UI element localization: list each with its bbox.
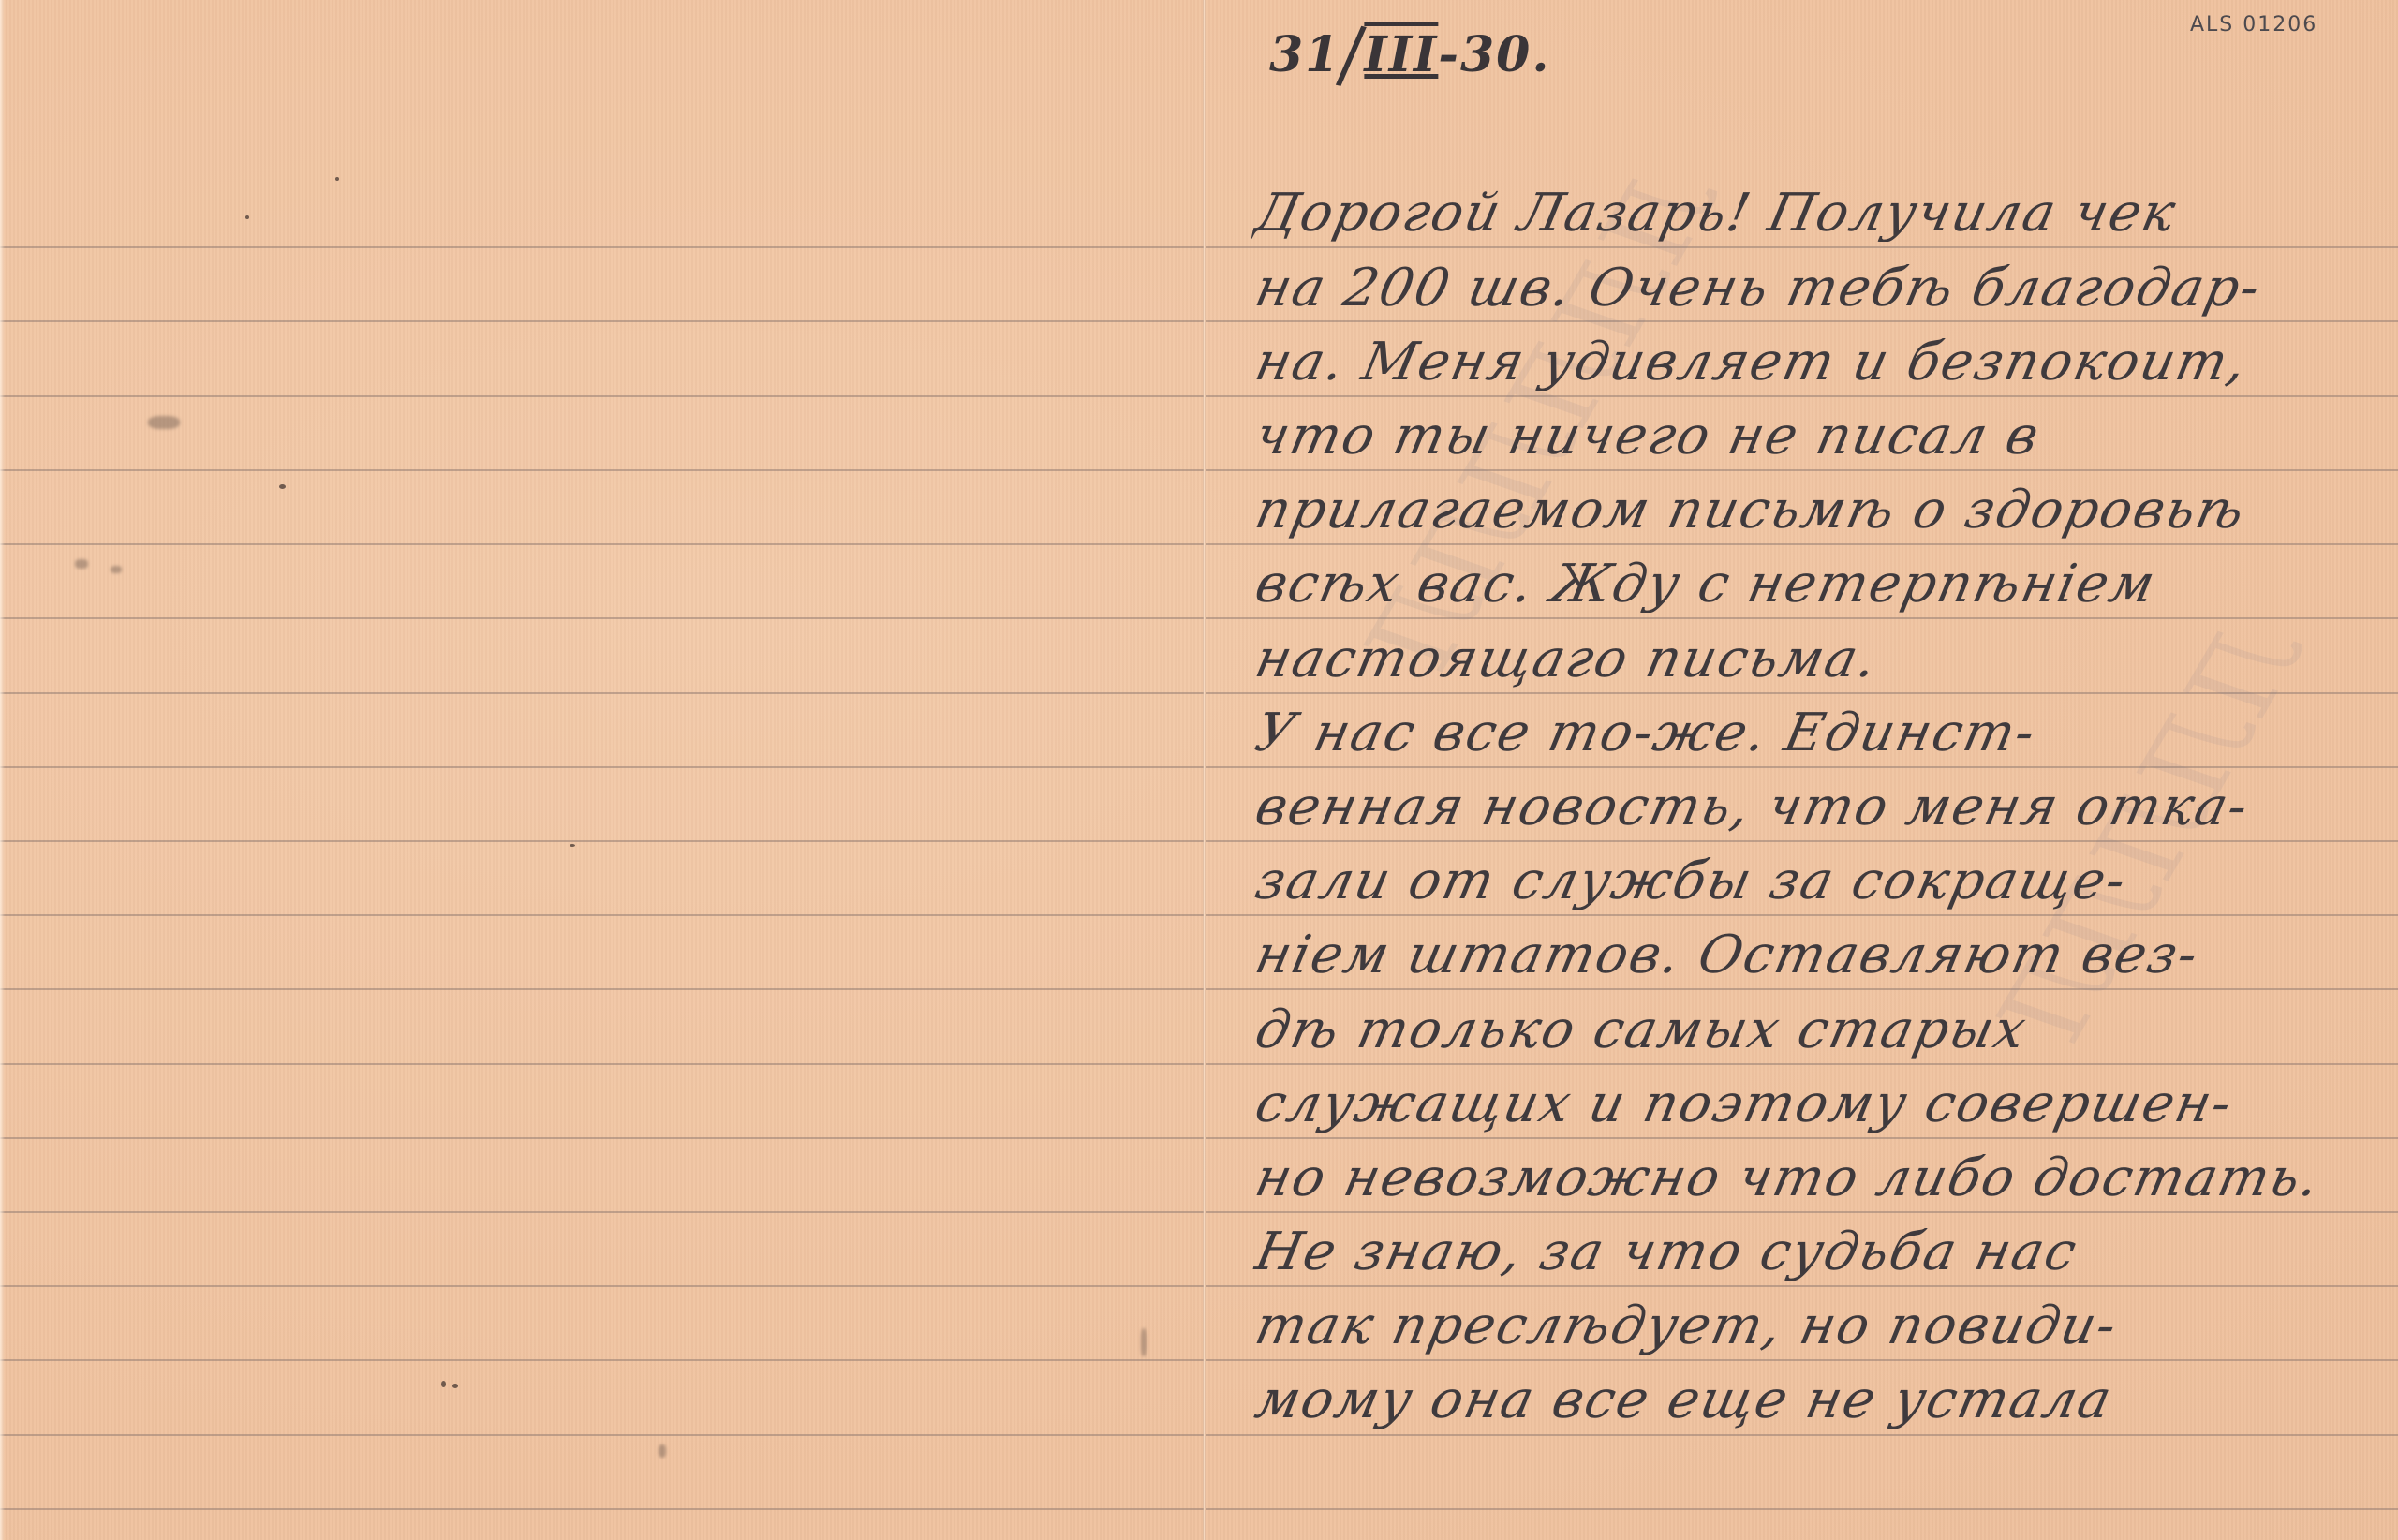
archive-label: ALS 01206 [2190, 13, 2317, 37]
ruled-line [0, 395, 1204, 397]
letter-line: венная новость, что меня отка- [1251, 779, 2398, 836]
underlined-word: настоящаго [1251, 631, 1635, 688]
letter-line: настоящаго письма. [1251, 631, 2398, 688]
paper-edge [0, 0, 5, 1540]
letter-line: так преслѣдует, но повиди- [1251, 1298, 2398, 1355]
letter-line: У нас все то-же. Единст- [1251, 705, 2398, 762]
ruled-line [0, 1508, 1204, 1510]
ruled-line [0, 469, 1204, 471]
ink-smudge [1141, 1328, 1147, 1356]
ink-speck [279, 484, 286, 489]
letter-line: прилагаемом письмѣ о здоровьѣ [1251, 482, 2398, 539]
date-year: 30 [1460, 26, 1532, 83]
ink-smudge [148, 416, 180, 429]
ink-smudge [75, 559, 88, 569]
ruled-line [1206, 988, 2398, 990]
ruled-line [1206, 320, 2398, 322]
ruled-line [0, 1434, 1204, 1436]
ink-speck [441, 1381, 446, 1387]
date-day: 31 [1269, 26, 1340, 83]
ink-speck [570, 844, 575, 847]
ruled-line [1206, 1508, 2398, 1510]
letter-line: нiем штатов. Оставляют вез- [1251, 927, 2398, 984]
letter-line: служащих и поэтому совершен- [1251, 1076, 2398, 1133]
letter-line: на 200 шв. Очень тебѣ благодар- [1251, 260, 2398, 317]
ruled-line [1206, 395, 2398, 397]
ruled-line [0, 914, 1204, 916]
ruled-line [1206, 1359, 2398, 1361]
date-separator: - [1438, 26, 1460, 83]
ruled-line [1206, 543, 2398, 545]
ruled-line [0, 988, 1204, 990]
letter-line: дѣ только самых старых [1251, 1002, 2398, 1059]
letter-line: мому она все еще не устала [1251, 1372, 2398, 1429]
letter-scan: ЛЛЛЛЛЛ ЛЛЛЛЛ 31/III-30. ALS 01206 Дорого… [0, 0, 2398, 1540]
ink-smudge [659, 1444, 666, 1458]
ruled-line [1206, 1285, 2398, 1287]
ruled-line [0, 1285, 1204, 1287]
date-month: III [1364, 26, 1438, 83]
ruled-line [0, 543, 1204, 545]
ruled-line [0, 766, 1204, 768]
ruled-line [1206, 1137, 2398, 1139]
ruled-line [0, 246, 1204, 248]
letter-line: на. Меня удивляет и безпокоит, [1251, 334, 2398, 391]
ruled-line [0, 320, 1204, 322]
ink-smudge [111, 566, 122, 573]
ruled-line [0, 1063, 1204, 1065]
ruled-line [0, 1359, 1204, 1361]
ruled-line [0, 617, 1204, 619]
ruled-line [1206, 1063, 2398, 1065]
letter-date: 31/III-30. [1269, 26, 1550, 83]
ink-speck [335, 177, 339, 181]
ruled-line [0, 1137, 1204, 1139]
left-page [0, 0, 1204, 1540]
ruled-line [0, 1211, 1204, 1213]
ruled-line [1206, 469, 2398, 471]
letter-line: всѣх вас. Жду с нетерпѣнiем [1251, 556, 2398, 613]
letter-line: Дорогой Лазарь! Получила чек [1251, 185, 2398, 242]
ruled-line [1206, 914, 2398, 916]
ruled-line [0, 692, 1204, 694]
letter-line: но невозможно что либо достать. [1251, 1150, 2398, 1207]
ruled-line [1206, 1434, 2398, 1436]
letter-line: что ты ничего не писал в [1251, 408, 2398, 465]
letter-line: зали от службы за сокраще- [1251, 853, 2398, 910]
ruled-line [1206, 246, 2398, 248]
letter-line: Не знаю, за что судьба нас [1251, 1224, 2398, 1281]
ruled-line [0, 840, 1204, 842]
ruled-line [1206, 1211, 2398, 1213]
ink-speck [452, 1384, 458, 1388]
ink-speck [245, 215, 249, 219]
